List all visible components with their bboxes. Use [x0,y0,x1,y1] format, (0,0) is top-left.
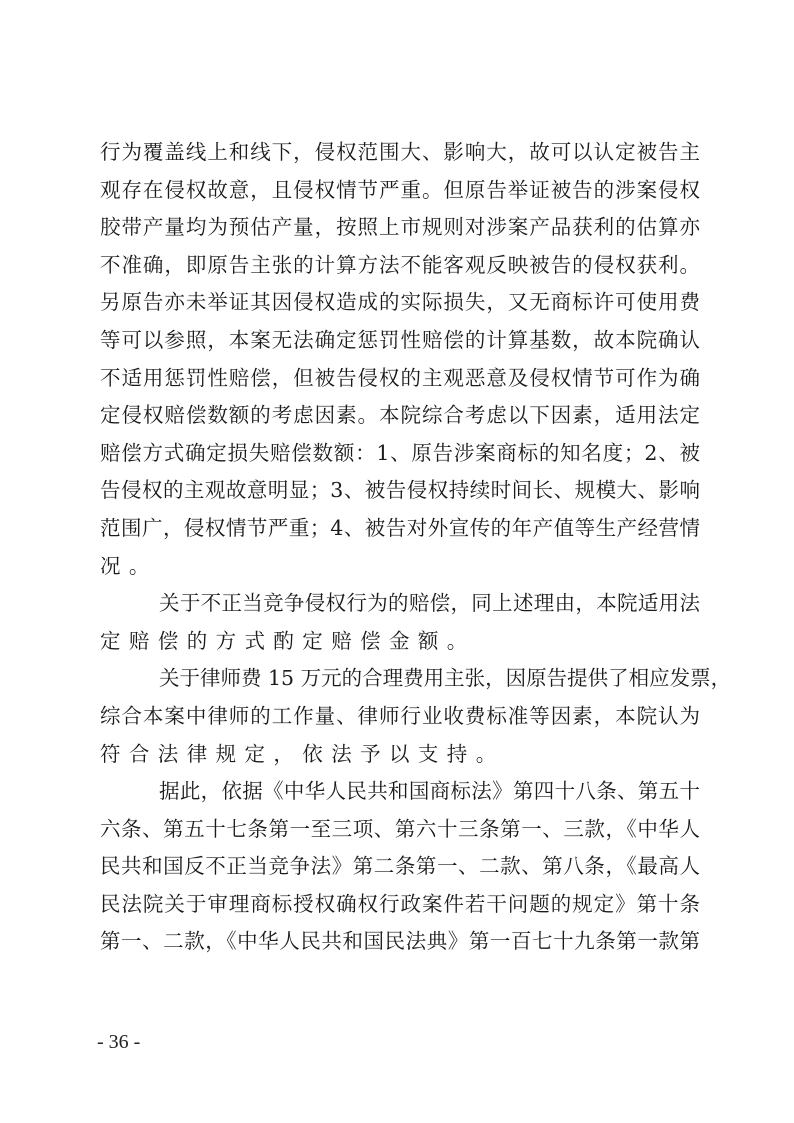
text-line: 定侵权赔偿数额的考虑因素。本院综合考虑以下因素，适用法定 [100,397,700,435]
document-body: 行为覆盖线上和线下，侵权范围大、影响大，故可以认定被告主 观存在侵权故意，且侵权… [100,134,700,961]
text-line: 另原告亦未举证其因侵权造成的实际损失，又无商标许可使用费 [100,284,700,322]
text-line: 符合法律规定，依法予以支持。 [100,736,700,774]
text-line: 关于不正当竞争侵权行为的赔偿，同上述理由，本院适用法 [100,585,700,623]
paragraph-attorney-fees: 关于律师费 15 万元的合理费用主张，因原告提供了相应发票， 综合本案中律师的工… [100,660,700,773]
paragraph-unfair-competition-damages: 关于不正当竞争侵权行为的赔偿，同上述理由，本院适用法 定赔偿的方式酌定赔偿金额。 [100,585,700,660]
text-line: 告侵权的主观故意明显；3、被告侵权持续时间长、规模大、影响 [100,472,700,510]
text-line: 关于律师费 15 万元的合理费用主张，因原告提供了相应发票， [100,660,700,698]
text-line: 六条、第五十七条第一至三项、第六十三条第一、三款，《中华人 [100,811,700,849]
text-line: 不适用惩罚性赔偿，但被告侵权的主观恶意及侵权情节可作为确 [100,360,700,398]
text-line: 胶带产量均为预估产量，按照上市规则对涉案产品获利的估算亦 [100,209,700,247]
text-line: 第一、二款，《中华人民共和国民法典》第一百七十九条第一款第 [100,923,700,961]
text-line: 行为覆盖线上和线下，侵权范围大、影响大，故可以认定被告主 [100,134,700,172]
text-line: 民共和国反不正当竞争法》第二条第一、二款、第八条，《最高人 [100,848,700,886]
text-line: 观存在侵权故意，且侵权情节严重。但原告举证被告的涉案侵权 [100,172,700,210]
text-line: 赔偿方式确定损失赔偿数额：1、原告涉案商标的知名度；2、被 [100,435,700,473]
text-line: 据此，依据《中华人民共和国商标法》第四十八条、第五十 [100,773,700,811]
text-line: 综合本案中律师的工作量、律师行业收费标准等因素，本院认为 [100,698,700,736]
paragraph-legal-basis: 据此，依据《中华人民共和国商标法》第四十八条、第五十 六条、第五十七条第一至三项… [100,773,700,961]
page-number: - 36 - [97,1030,140,1054]
text-line: 不准确，即原告主张的计算方法不能客观反映被告的侵权获利。 [100,247,700,285]
text-line: 范围广，侵权情节严重；4、被告对外宣传的年产值等生产经营情 [100,510,700,548]
paragraph-damages-reasoning: 行为覆盖线上和线下，侵权范围大、影响大，故可以认定被告主 观存在侵权故意，且侵权… [100,134,700,585]
document-page: 行为覆盖线上和线下，侵权范围大、影响大，故可以认定被告主 观存在侵权故意，且侵权… [0,0,794,1123]
text-line: 况。 [100,548,700,586]
text-line: 等可以参照，本案无法确定惩罚性赔偿的计算基数，故本院确认 [100,322,700,360]
text-line: 民法院关于审理商标授权确权行政案件若干问题的规定》第十条 [100,886,700,924]
text-line: 定赔偿的方式酌定赔偿金额。 [100,623,700,661]
